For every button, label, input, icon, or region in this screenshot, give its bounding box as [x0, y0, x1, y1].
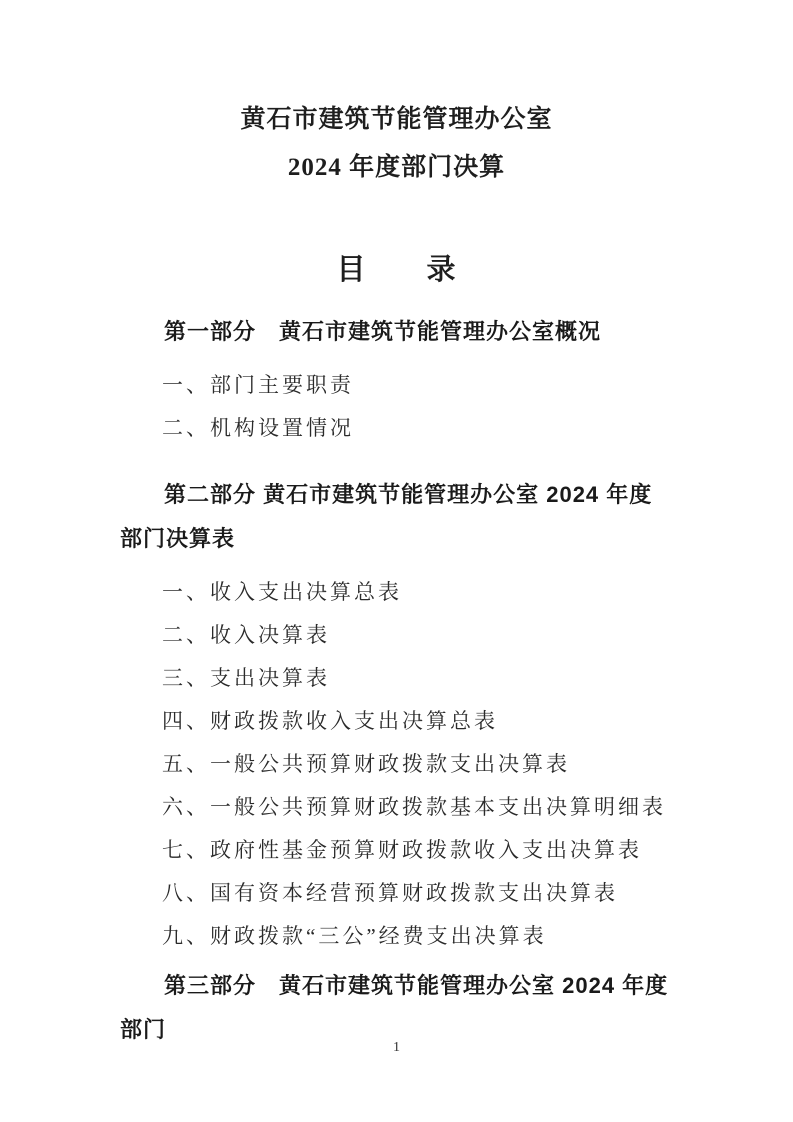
toc-item: 二、机构设置情况 — [120, 407, 673, 450]
page-number: 1 — [0, 1040, 793, 1056]
section-heading-part1: 第一部分 黄石市建筑节能管理办公室概况 — [120, 310, 673, 354]
toc-item: 五、一般公共预算财政拨款支出决算表 — [120, 743, 673, 786]
toc-item: 六、一般公共预算财政拨款基本支出决算明细表 — [120, 786, 673, 829]
toc-item: 一、部门主要职责 — [120, 364, 673, 407]
toc-title: 目 录 — [120, 252, 673, 288]
section-heading-part2: 第二部分 黄石市建筑节能管理办公室 2024 年度部门决算表 — [120, 473, 673, 561]
section-heading-part3: 第三部分 黄石市建筑节能管理办公室 2024 年度部门 — [120, 964, 673, 1052]
toc-item: 七、政府性基金预算财政拨款收入支出决算表 — [120, 829, 673, 872]
document-page: 黄石市建筑节能管理办公室 2024 年度部门决算 目 录 第一部分 黄石市建筑节… — [0, 0, 793, 1122]
toc-list-part2: 一、收入支出决算总表 二、收入决算表 三、支出决算表 四、财政拨款收入支出决算总… — [120, 571, 673, 958]
document-title-line1: 黄石市建筑节能管理办公室 — [120, 96, 673, 144]
toc-item: 四、财政拨款收入支出决算总表 — [120, 700, 673, 743]
toc-item: 二、收入决算表 — [120, 614, 673, 657]
toc-item: 一、收入支出决算总表 — [120, 571, 673, 614]
document-title: 黄石市建筑节能管理办公室 2024 年度部门决算 — [120, 96, 673, 192]
toc-list-part1: 一、部门主要职责 二、机构设置情况 — [120, 364, 673, 450]
toc-item: 九、财政拨款“三公”经费支出决算表 — [120, 915, 673, 958]
toc-item: 三、支出决算表 — [120, 657, 673, 700]
toc-item: 八、国有资本经营预算财政拨款支出决算表 — [120, 872, 673, 915]
document-title-line2: 2024 年度部门决算 — [120, 144, 673, 192]
